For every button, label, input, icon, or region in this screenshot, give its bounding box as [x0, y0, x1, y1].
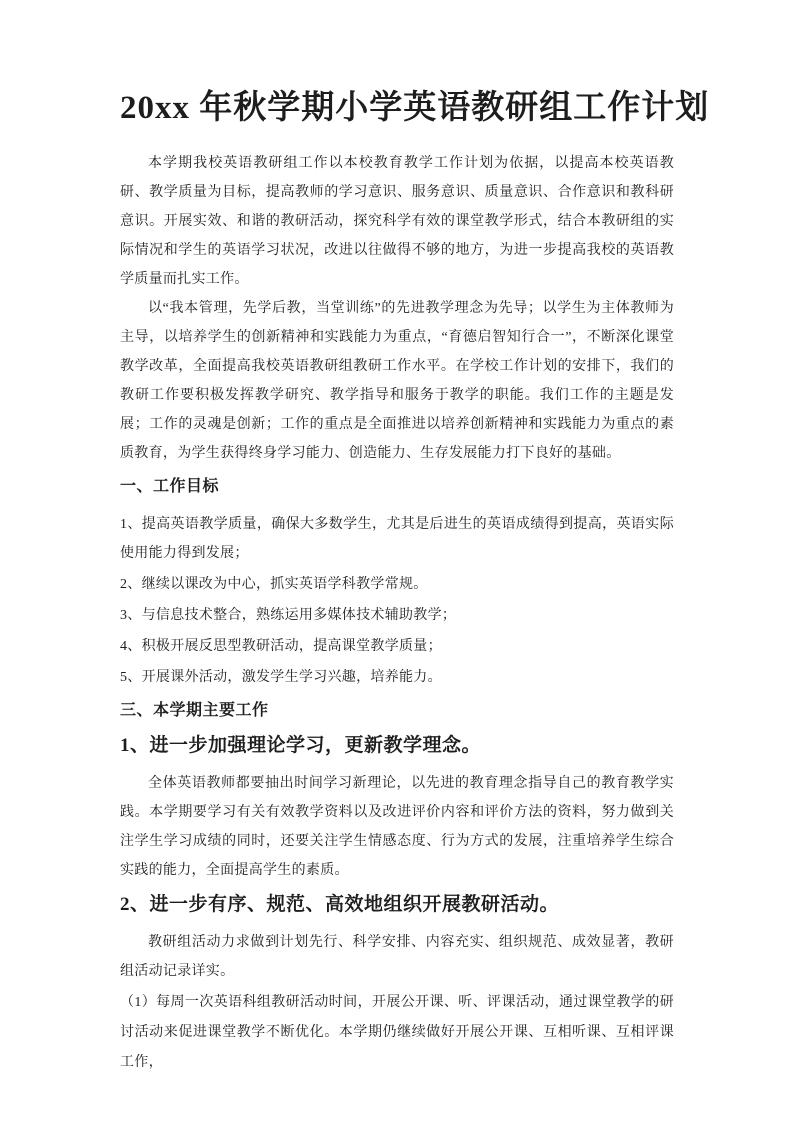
goal-item-4: 4、积极开展反思型教研活动，提高课堂教学质量； [120, 632, 674, 661]
document-title: 20xx 年秋学期小学英语教研组工作计划 [120, 86, 674, 130]
intro-paragraph-2: 以“我本管理，先学后教，当堂训练”的先进教学理念为先导；以学生为主体教师为主导，… [120, 294, 674, 468]
subsection-body-theory-study: 全体英语教师都要抽出时间学习新理论，以先进的教育理念指导自己的教育教学实践。本学… [120, 769, 674, 885]
section-heading-goals: 一、工作目标 [120, 472, 674, 502]
document-page: 20xx 年秋学期小学英语教研组工作计划 本学期我校英语教研组工作以本校教育教学… [0, 0, 793, 1122]
subsection-body-research-activities: 教研组活动力求做到计划先行、科学安排、内容充实、组织规范、成效显著，教研组活动记… [120, 928, 674, 986]
intro-paragraph-1: 本学期我校英语教研组工作以本校教育教学工作计划为依据，以提高本校英语教研、教学质… [120, 149, 674, 294]
goal-item-1: 1、提高英语教学质量，确保大多数学生，尤其是后进生的英语成绩得到提高，英语实际使… [120, 510, 674, 568]
subsection-heading-theory-study: 1、进一步加强理论学习，更新教学理念。 [120, 730, 674, 762]
goal-item-3: 3、与信息技术整合，熟练运用多媒体技术辅助教学； [120, 601, 674, 630]
goal-item-2: 2、继续以课改为中心，抓实英语学科教学常规。 [120, 570, 674, 599]
goal-item-5: 5、开展课外活动，激发学生学习兴趣，培养能力。 [120, 663, 674, 692]
research-activities-point-1: （1）每周一次英语科组教研活动时间，开展公开课、听、评课活动，通过课堂教学的研讨… [120, 988, 674, 1078]
subsection-heading-research-activities: 2、进一步有序、规范、高效地组织开展教研活动。 [120, 889, 674, 921]
section-heading-main-work: 三、本学期主要工作 [120, 696, 674, 726]
